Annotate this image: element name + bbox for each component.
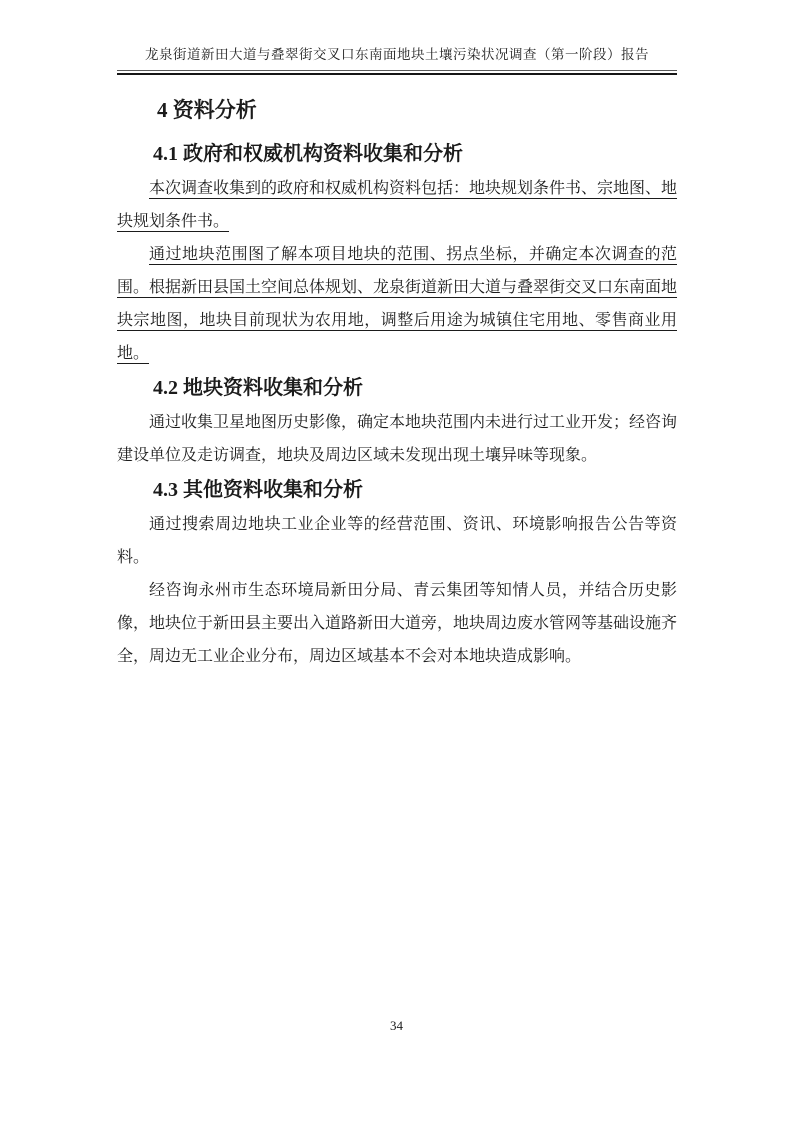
paragraph-4-3-b: 经咨询永州市生态环境局新田分局、青云集团等知情人员，并结合历史影像，地块位于新田… (117, 574, 677, 673)
paragraph-4-2-a: 通过收集卫星地图历史影像，确定本地块范围内未进行过工业开发；经咨询建设单位及走访… (117, 406, 677, 472)
report-page: 龙泉街道新田大道与叠翠街交叉口东南面地块土壤污染状况调查（第一阶段）报告 4 资… (0, 0, 793, 1122)
document-body: 4 资料分析 4.1 政府和权威机构资料收集和分析 本次调查收集到的政府和权威机… (117, 94, 677, 673)
section-heading-4-3: 4.3 其他资料收集和分析 (153, 476, 677, 504)
paragraph-4-3-a: 通过搜索周边地块工业企业等的经营范围、资讯、环境影响报告公告等资料。 (117, 508, 677, 574)
report-header-title: 龙泉街道新田大道与叠翠街交叉口东南面地块土壤污染状况调查（第一阶段）报告 (117, 46, 677, 70)
header-rule (117, 70, 677, 75)
section-heading-4-1: 4.1 政府和权威机构资料收集和分析 (153, 140, 677, 168)
page-number: 34 (390, 1018, 403, 1033)
section-heading-4: 4 资料分析 (157, 94, 677, 126)
paragraph-4-1-b: 通过地块范围图了解本项目地块的范围、拐点坐标，并确定本次调查的范围。根据新田县国… (117, 238, 677, 370)
page-footer: 34 (0, 1018, 793, 1034)
paragraph-4-1-a: 本次调查收集到的政府和权威机构资料包括：地块规划条件书、宗地图、地块规划条件书。 (117, 172, 677, 238)
section-heading-4-2: 4.2 地块资料收集和分析 (153, 374, 677, 402)
page-header: 龙泉街道新田大道与叠翠街交叉口东南面地块土壤污染状况调查（第一阶段）报告 (117, 46, 677, 75)
